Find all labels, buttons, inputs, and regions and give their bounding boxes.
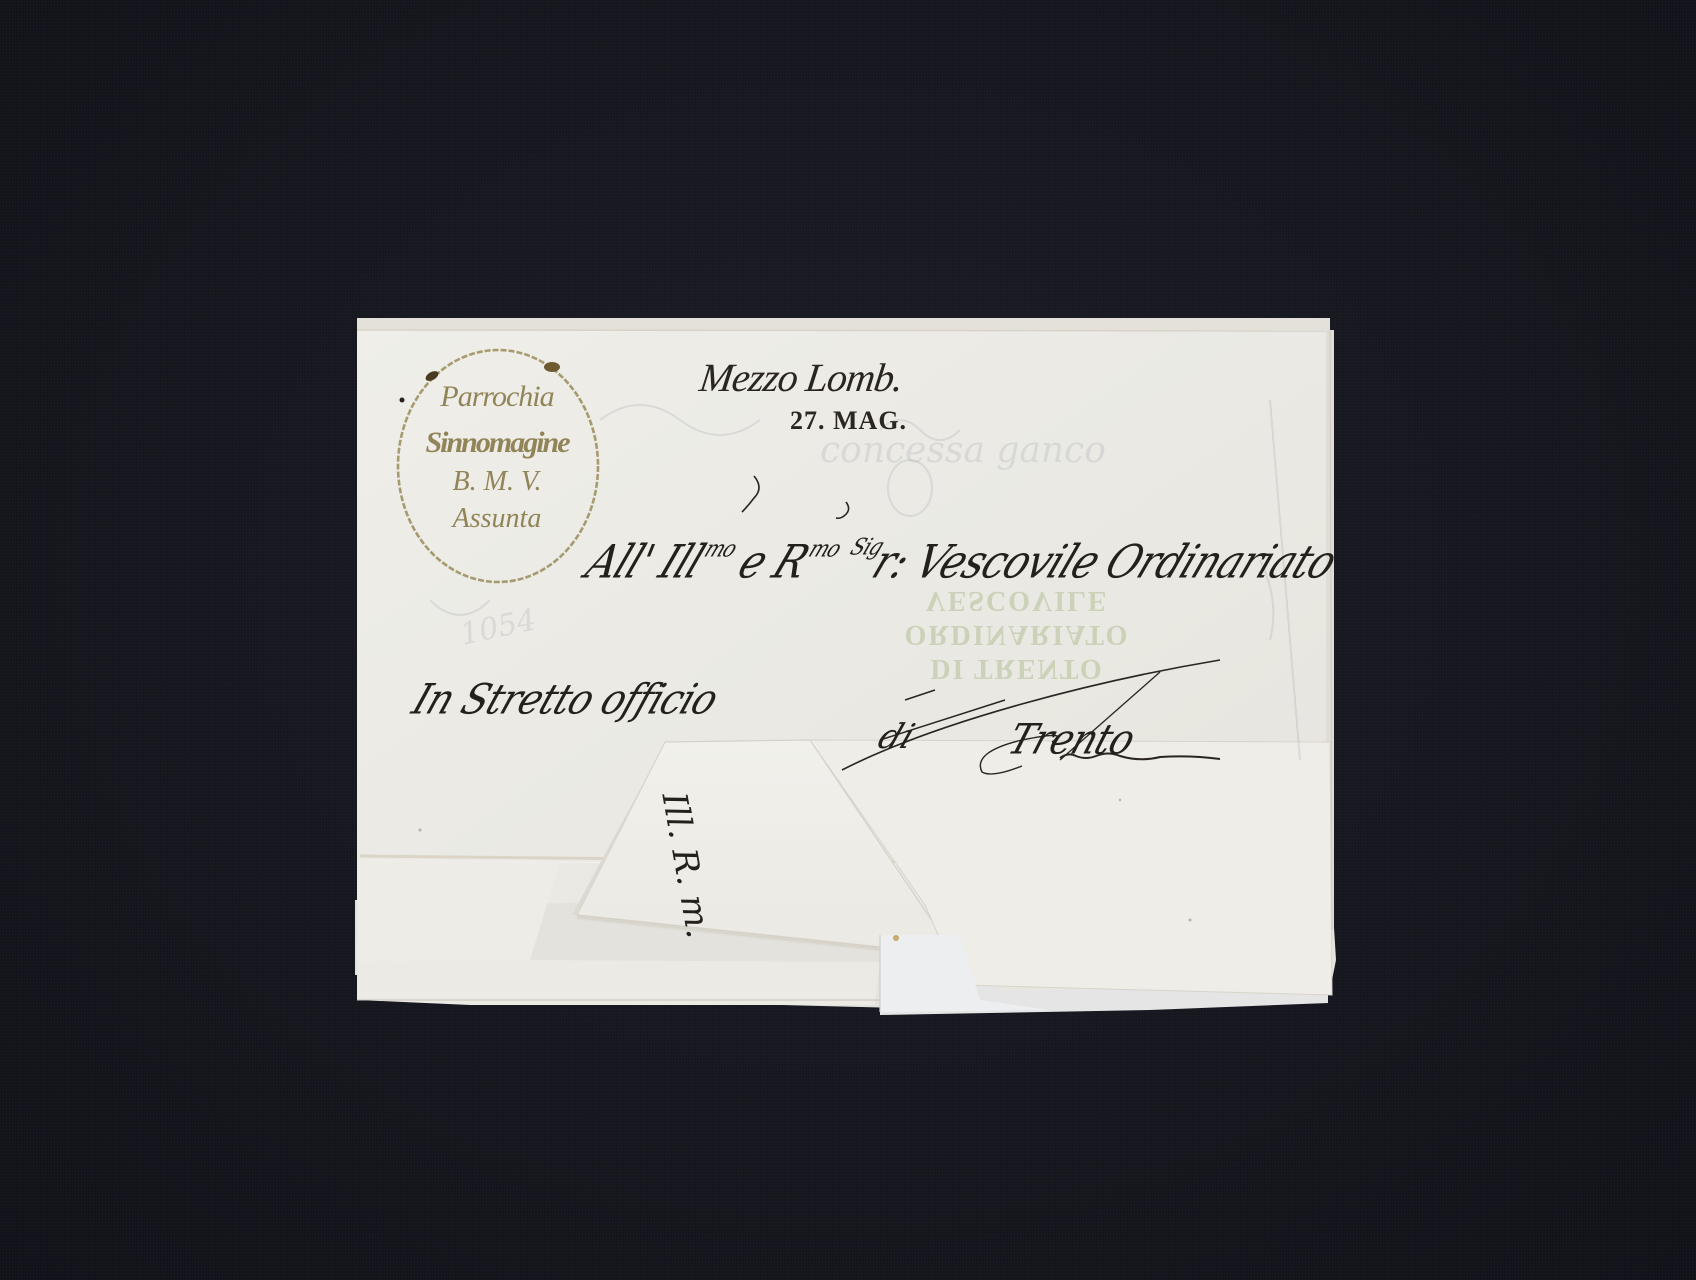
postmark-date: 27. MAG. bbox=[790, 408, 907, 434]
address-line-2: In Stretto officio bbox=[407, 678, 723, 720]
offset-stamp: DI TRENTO ORDINARIATO VESCOVILE bbox=[872, 583, 1162, 685]
photo-scene: concessa ganco 1054 DI TRENTO ORDINARIAT… bbox=[0, 0, 1696, 1280]
parish-seal-line: Assunta bbox=[397, 505, 597, 533]
address-line-1: All' Illmo e Rmo Sigr: Vescovile Ordinar… bbox=[580, 535, 1345, 586]
parish-seal-line: Parrochia bbox=[397, 382, 597, 412]
parish-seal-line: B. M. V. bbox=[397, 468, 597, 496]
address-city: Trento bbox=[1003, 718, 1139, 760]
letter-paper-shapes bbox=[0, 0, 1696, 1280]
ghost-writing: concessa ganco bbox=[820, 430, 1106, 471]
parish-seal-line: Sinnomagine bbox=[397, 428, 597, 458]
postmark-place: Mezzo Lomb. bbox=[697, 358, 905, 398]
